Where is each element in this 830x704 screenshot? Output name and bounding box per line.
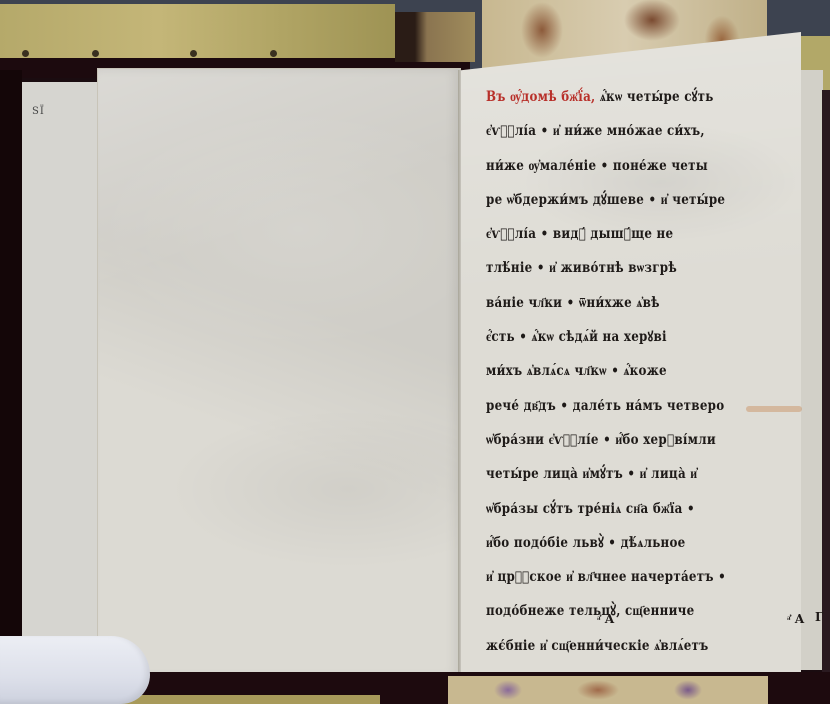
brass-cover-clasp-left xyxy=(0,4,395,63)
rivet-icon xyxy=(22,50,29,57)
text-line: тлѣ́ніе • и҆ живо́тнѣ вѡзгрѣ xyxy=(486,253,715,287)
text-line: ѡ҆бра́зни є҆ѵⷢ҇лі́е • и҆́бо херꙋві́мли xyxy=(486,425,715,459)
binding-board-left xyxy=(0,70,22,650)
flyleaf-mark: ЅΪ xyxy=(32,106,45,117)
right-page-text: Въ ѹ҆́домѣ бж҃ї́а, ѧ҆́кѡ четы́ре сꙋ́ть є… xyxy=(486,82,746,665)
page-stain xyxy=(746,406,802,412)
text-line: ми́хъ ѧ҆влѧ́сѧ чл҃кѡ • ѧ҆́коже xyxy=(486,356,715,390)
binding-board-right xyxy=(822,90,830,680)
rivet-icon xyxy=(190,50,197,57)
text-line: ѡ҆бра́зы сꙋ́тъ тре́ніѧ сн҃а бж҃їа • xyxy=(486,494,715,528)
text-line-1: Въ ѹ҆́домѣ бж҃ї́а, ѧ҆́кѡ четы́ре сꙋ́ть xyxy=(486,82,715,116)
text-line: ва́ніе чл҃ки • ѿни́хже ѧ҆вѣ xyxy=(486,288,715,322)
text-line: є҆́сть • ѧ҆́кѡ сѣдѧ́й на херꙋві xyxy=(486,322,715,356)
text-line: є҆ѵⷢ҇лі́а • видꙋ́ дышꙋ́ще не xyxy=(486,219,715,253)
text-line: и҆ црⷭ҇ское и҆ вл҃чнее начерта́етъ • xyxy=(486,562,715,596)
patterned-fabric-bottom xyxy=(448,676,768,704)
quire-signature-center: ͣ҆ А xyxy=(597,612,614,627)
brass-cover-corner xyxy=(395,12,475,62)
flyleaf-page xyxy=(22,82,101,642)
quire-signature-right: ͣ҆ А xyxy=(787,612,804,627)
rivet-icon xyxy=(92,50,99,57)
page-block-edge xyxy=(800,70,823,670)
text-line: жє́бніе и҆ сщ҃енни́ческіе ѧ҆влѧ́етъ xyxy=(486,631,715,665)
book-gutter xyxy=(458,70,461,675)
quire-signature-edge: Г xyxy=(815,610,823,624)
text-line: рече́ дв҃дъ • дале́ть на́мъ четверо xyxy=(486,391,715,425)
text-line: ни́же ѹ҆мале́ніе • поне́же четы xyxy=(486,151,715,185)
text-line: є҆ѵⷢ҇лі́а • и҆ ни́же мно́жае си́хъ, xyxy=(486,116,715,150)
rivet-icon xyxy=(270,50,277,57)
text-line: ре ѡ҆бдержи́мъ дꙋ́шеве • и҆ четы́ре xyxy=(486,185,715,219)
left-page-blank xyxy=(97,68,461,678)
white-glove-hand xyxy=(0,636,150,704)
text-line: четы́ре лица̀ и҆мꙋ́тъ • и҆ лица̀ и҆ xyxy=(486,459,715,493)
rubric-heading: Въ ѹ҆́домѣ бж҃ї́а, xyxy=(486,89,595,105)
text-line: и҆́бо подо́біе львꙋ̀ • дѣ́ѧльное xyxy=(486,528,715,562)
